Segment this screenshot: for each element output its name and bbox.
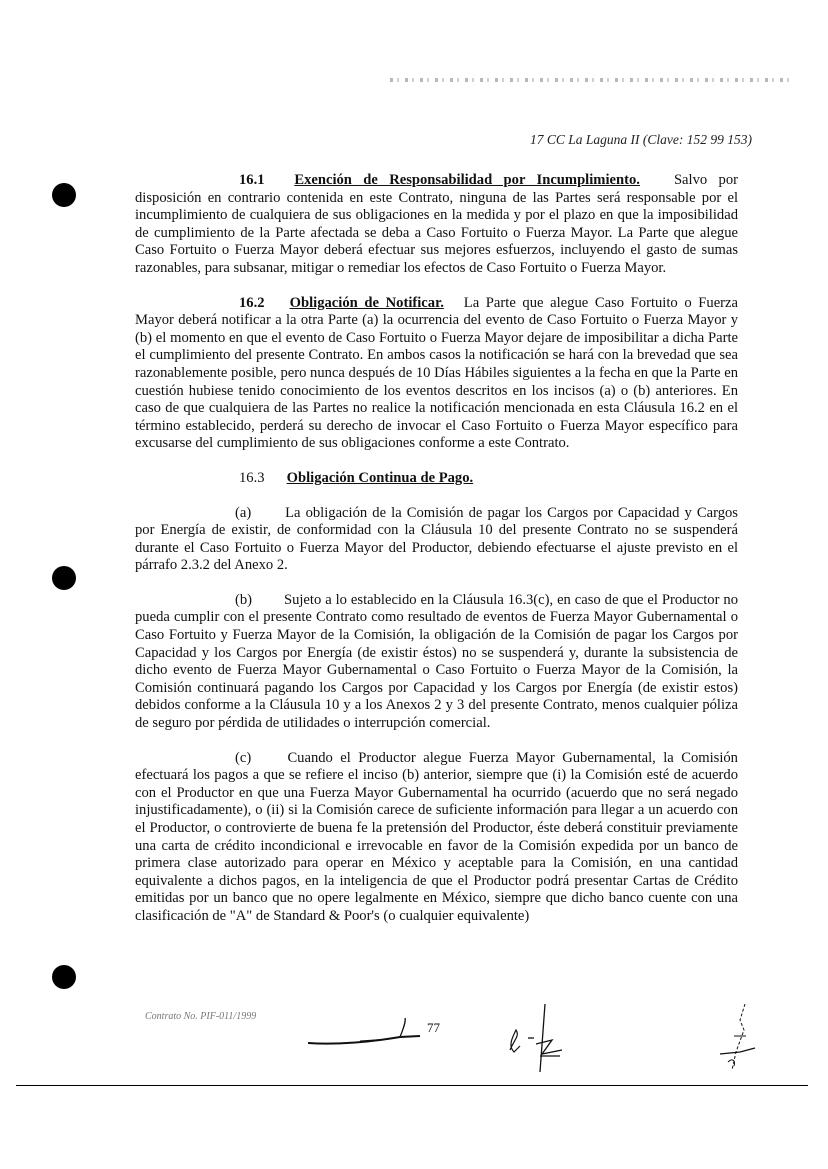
item-label: (a) <box>235 505 280 523</box>
footer-reference: Contrato No. PIF-011/1999 <box>145 1011 256 1022</box>
item-label: (c) <box>235 750 280 768</box>
punch-hole-icon <box>52 965 76 989</box>
item-label: (b) <box>235 592 280 610</box>
clause-16-3-item-b: (b) Sujeto a lo establecido en la Cláusu… <box>135 592 738 733</box>
clause-16-3-item-a: (a) La obligación de la Comisión de paga… <box>135 505 738 575</box>
punch-hole-icon <box>52 566 76 590</box>
item-text: Sujeto a lo establecido en la Cláusula 1… <box>135 592 738 731</box>
clause-number: 16.2 <box>239 295 283 313</box>
signature-icon <box>500 1000 600 1075</box>
clause-number: 16.3 <box>239 470 283 488</box>
clause-16-1: 16.1 Exención de Responsabilidad por Inc… <box>135 172 738 278</box>
punch-hole-icon <box>52 183 76 207</box>
signature-icon <box>300 1015 440 1050</box>
footer-divider <box>16 1085 808 1086</box>
header-reference: 17 CC La Laguna II (Clave: 152 99 153) <box>530 132 780 148</box>
item-text: La obligación de la Comisión de pagar lo… <box>135 505 738 574</box>
clause-title: Obligación de Notificar. <box>290 295 444 311</box>
signature-icon <box>710 1000 770 1075</box>
document-body: 16.1 Exención de Responsabilidad por Inc… <box>135 172 738 926</box>
page-number: 77 <box>427 1020 440 1036</box>
clause-16-3-heading: 16.3 Obligación Continua de Pago. <box>135 470 738 488</box>
item-text: Cuando el Productor alegue Fuerza Mayor … <box>135 750 738 924</box>
clause-body: La Parte que alegue Caso Fortuito o Fuer… <box>135 295 738 452</box>
clause-title: Exención de Responsabilidad por Incumpli… <box>294 172 640 188</box>
clause-16-3-item-c: (c) Cuando el Productor alegue Fuerza Ma… <box>135 750 738 926</box>
clause-number: 16.1 <box>239 172 283 190</box>
clause-title: Obligación Continua de Pago. <box>287 470 474 486</box>
scan-artifact <box>390 78 790 82</box>
clause-16-2: 16.2 Obligación de Notificar. La Parte q… <box>135 295 738 453</box>
